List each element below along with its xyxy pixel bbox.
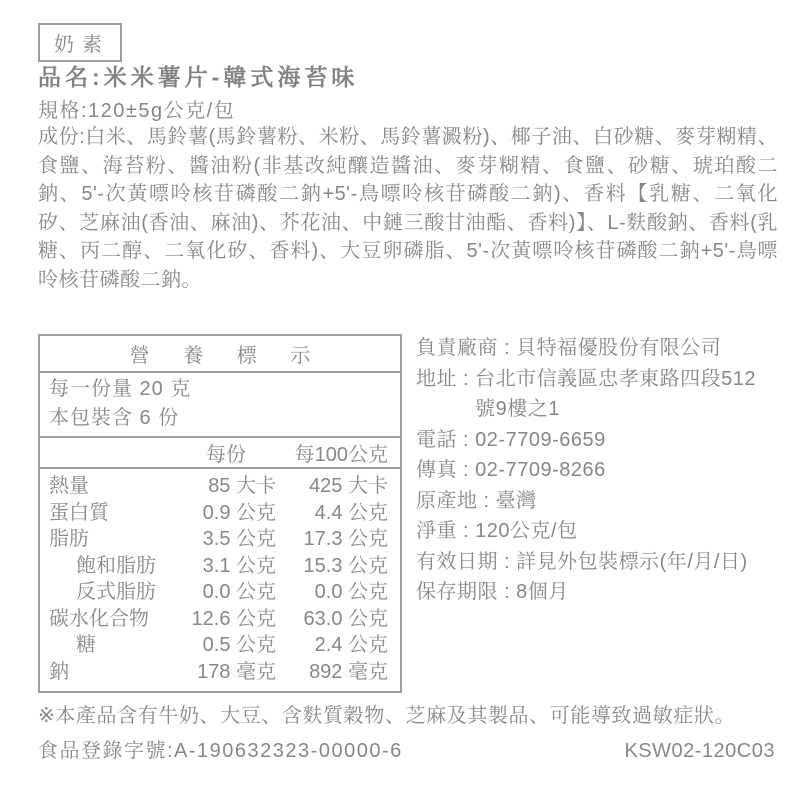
nutrition-body: 熱量85 大卡425 大卡蛋白質0.9 公克4.4 公克脂肪3.5 公克17.3… bbox=[40, 469, 400, 691]
servings-per-pack: 本包裝含 6 份 bbox=[49, 404, 391, 433]
nutrient-per-100g: 63.0 公克 bbox=[276, 606, 388, 633]
nutrition-table: 營 養 標 示 每一份量 20 克 本包裝含 6 份 每份 每100公克 熱量8… bbox=[38, 334, 402, 693]
nutrient-label: 脂肪 bbox=[49, 526, 176, 553]
company-label: 負責廠商 : bbox=[416, 333, 516, 364]
nutrient-label: 糖 bbox=[49, 632, 176, 659]
nutrient-per-serving: 0.5 公克 bbox=[176, 632, 276, 659]
nutrient-per-serving: 178 毫克 bbox=[176, 659, 276, 686]
company-line: 負責廠商 : 貝特福優股份有限公司 bbox=[416, 333, 790, 364]
footer-row: 食品登錄字號:A-190632323-00000-6 KSW02-120C03 bbox=[38, 734, 775, 763]
company-value: 8個月 bbox=[516, 577, 790, 608]
nutrient-per-100g: 2.4 公克 bbox=[276, 632, 388, 659]
nutrient-label: 蛋白質 bbox=[49, 500, 176, 527]
company-line: 淨重 : 120公克/包 bbox=[416, 516, 790, 547]
nutrient-per-serving: 3.5 公克 bbox=[176, 526, 276, 553]
nutrient-label: 碳水化合物 bbox=[49, 606, 176, 633]
company-label: 地址 : bbox=[416, 364, 475, 395]
nutrition-row: 碳水化合物12.6 公克63.0 公克 bbox=[49, 606, 388, 633]
company-line: 傳真 : 02-7709-8266 bbox=[416, 455, 790, 486]
company-value: 120公克/包 bbox=[475, 516, 790, 547]
nutrition-row: 脂肪3.5 公克17.3 公克 bbox=[49, 526, 388, 553]
col-header-per-serving: 每份 bbox=[176, 438, 276, 467]
company-label: 保存期限 : bbox=[416, 577, 516, 608]
nutrient-per-serving: 12.6 公克 bbox=[176, 606, 276, 633]
nutrition-row: 反式脂肪0.0 公克0.0 公克 bbox=[49, 579, 388, 606]
nutrient-per-100g: 0.0 公克 bbox=[276, 579, 388, 606]
company-value: 臺灣 bbox=[496, 486, 790, 517]
product-name: 品名:米米薯片-韓式海苔味 bbox=[38, 59, 358, 92]
nutrient-label: 飽和脂肪 bbox=[49, 553, 176, 580]
company-value: 台北市信義區忠孝東路四段512號9樓之1 bbox=[475, 364, 790, 425]
company-label: 傳真 : bbox=[416, 455, 475, 486]
company-line: 保存期限 : 8個月 bbox=[416, 577, 790, 608]
nutrition-row: 蛋白質0.9 公克4.4 公克 bbox=[49, 500, 388, 527]
allergen-note: ※本產品含有牛奶、大豆、含麩質穀物、芝麻及其製品、可能導致過敏症狀。 bbox=[38, 699, 783, 728]
company-value: 詳見外包裝標示(年/月/日) bbox=[516, 547, 790, 578]
nutrient-per-100g: 4.4 公克 bbox=[276, 500, 388, 527]
company-label: 電話 : bbox=[416, 425, 475, 456]
nutrient-per-serving: 0.9 公克 bbox=[176, 500, 276, 527]
nutrient-label: 鈉 bbox=[49, 659, 176, 686]
company-info: 負責廠商 : 貝特福優股份有限公司地址 : 台北市信義區忠孝東路四段512號9樓… bbox=[416, 333, 790, 608]
product-label-page: 奶素 品名:米米薯片-韓式海苔味 規格:120±5g公克/包 成份:白米、馬鈴薯… bbox=[0, 0, 800, 800]
nutrient-per-100g: 15.3 公克 bbox=[276, 553, 388, 580]
company-line: 地址 : 台北市信義區忠孝東路四段512號9樓之1 bbox=[416, 364, 790, 425]
nutrient-label: 反式脂肪 bbox=[49, 579, 176, 606]
serving-size: 每一份量 20 克 bbox=[49, 375, 391, 404]
company-label: 有效日期 : bbox=[416, 547, 516, 578]
company-line: 電話 : 02-7709-6659 bbox=[416, 425, 790, 456]
nutrition-title: 營 養 標 示 bbox=[40, 336, 400, 373]
nutrient-per-100g: 425 大卡 bbox=[276, 473, 388, 500]
nutrient-per-serving: 0.0 公克 bbox=[176, 579, 276, 606]
spec-line: 規格:120±5g公克/包 bbox=[38, 94, 235, 123]
nutrient-per-100g: 892 毫克 bbox=[276, 659, 388, 686]
diet-badge: 奶素 bbox=[38, 23, 122, 62]
nutrition-row: 糖0.5 公克2.4 公克 bbox=[49, 632, 388, 659]
nutrient-per-serving: 3.1 公克 bbox=[176, 553, 276, 580]
nutrition-row: 飽和脂肪3.1 公克15.3 公克 bbox=[49, 553, 388, 580]
nutrition-row: 熱量85 大卡425 大卡 bbox=[49, 473, 388, 500]
company-label: 原產地 : bbox=[416, 486, 496, 517]
company-value: 02-7709-8266 bbox=[475, 455, 790, 486]
company-label: 淨重 : bbox=[416, 516, 475, 547]
ingredients-text: 成份:白米、馬鈴薯(馬鈴薯粉、米粉、馬鈴薯澱粉)、椰子油、白砂糖、麥芽糊精、食鹽… bbox=[38, 123, 778, 294]
nutrition-column-headers: 每份 每100公克 bbox=[40, 438, 400, 469]
company-line: 原產地 : 臺灣 bbox=[416, 486, 790, 517]
col-header-per-100g: 每100公克 bbox=[276, 438, 388, 467]
serving-info: 每一份量 20 克 本包裝含 6 份 bbox=[40, 373, 400, 438]
registration-number: 食品登錄字號:A-190632323-00000-6 bbox=[38, 734, 403, 763]
company-value: 貝特福優股份有限公司 bbox=[516, 333, 790, 364]
company-line: 有效日期 : 詳見外包裝標示(年/月/日) bbox=[416, 547, 790, 578]
nutrition-row: 鈉178 毫克892 毫克 bbox=[49, 659, 388, 686]
company-value: 02-7709-6659 bbox=[475, 425, 790, 456]
nutrient-label: 熱量 bbox=[49, 473, 176, 500]
product-code: KSW02-120C03 bbox=[624, 740, 775, 763]
nutrient-per-100g: 17.3 公克 bbox=[276, 526, 388, 553]
nutrient-per-serving: 85 大卡 bbox=[176, 473, 276, 500]
